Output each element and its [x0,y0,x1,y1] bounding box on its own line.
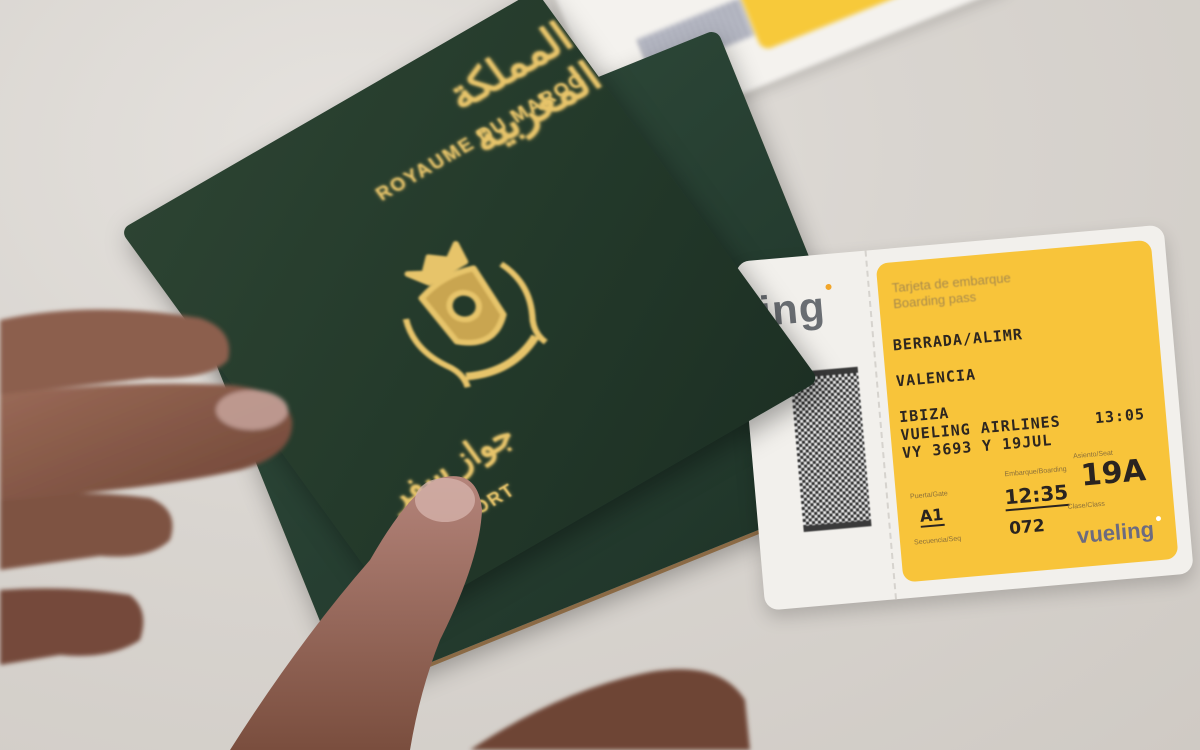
photo-scene: ing Tarjeta de embarque Boarding pass BE… [0,0,1200,750]
right-hand [230,476,750,750]
hands-layer [0,0,1200,750]
left-hand [0,309,292,665]
